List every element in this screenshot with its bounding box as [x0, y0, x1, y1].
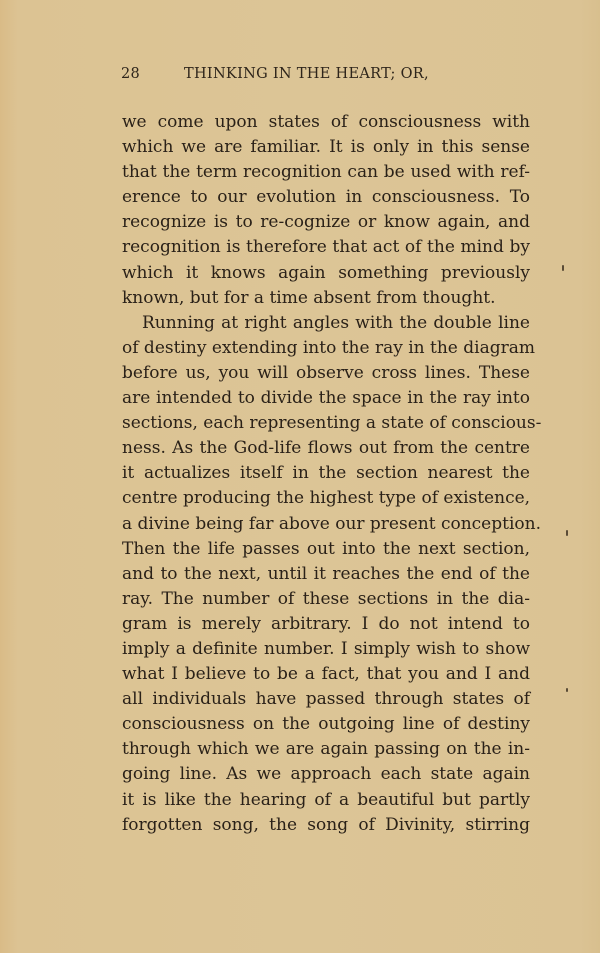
- text-line: going line. As we approach each state ag…: [122, 762, 530, 787]
- text-line: what I believe to be a fact, that you an…: [122, 662, 530, 687]
- running-head: 28 THINKING IN THE HEART; OR,: [121, 66, 551, 90]
- text-line: gram is merely arbitrary. I do not inten…: [122, 612, 530, 637]
- text-line: erence to our evolution in consciousness…: [122, 185, 530, 210]
- running-head-title: THINKING IN THE HEART; OR,: [184, 66, 429, 82]
- text-line: before us, you will observe cross lines.…: [122, 361, 530, 386]
- text-line: and to the next, until it reaches the en…: [122, 562, 530, 587]
- text-line: Then the life passes out into the next s…: [122, 537, 530, 562]
- text-line: all individuals have passed through stat…: [122, 687, 530, 712]
- text-line: which we are familiar. It is only in thi…: [122, 135, 530, 160]
- text-line: ray. The number of these sections in the…: [122, 587, 530, 612]
- page-number: 28: [121, 66, 140, 82]
- text-line: which it knows again something previousl…: [122, 261, 530, 286]
- text-line: it actualizes itself in the section near…: [122, 461, 530, 486]
- text-line: known, but for a time absent from though…: [122, 286, 530, 311]
- text-line: a divine being far above our present con…: [122, 512, 530, 537]
- text-line: recognize is to re-cognize or know again…: [122, 210, 530, 235]
- text-line: forgotten song, the song of Divinity, st…: [122, 813, 530, 838]
- ink-speck: [562, 265, 564, 271]
- text-line: through which we are again passing on th…: [122, 737, 530, 762]
- book-page: 28 THINKING IN THE HEART; OR, we come up…: [0, 0, 600, 953]
- ink-speck: [566, 530, 568, 536]
- paragraph-first-line: Running at right angles with the double …: [122, 311, 530, 336]
- text-line: of destiny extending into the ray in the…: [122, 336, 530, 361]
- text-line: we come upon states of consciousness wit…: [122, 110, 530, 135]
- body-text: we come upon states of consciousness wit…: [122, 110, 530, 838]
- text-line: that the term recognition can be used wi…: [122, 160, 530, 185]
- text-line: are intended to divide the space in the …: [122, 386, 530, 411]
- text-line: consciousness on the outgoing line of de…: [122, 712, 530, 737]
- text-line: ness. As the God-life flows out from the…: [122, 436, 530, 461]
- text-line: imply a definite number. I simply wish t…: [122, 637, 530, 662]
- ink-speck: [566, 688, 568, 692]
- text-line: it is like the hearing of a beautiful bu…: [122, 788, 530, 813]
- text-line: centre producing the highest type of exi…: [122, 486, 530, 511]
- text-line: sections, each representing a state of c…: [122, 411, 530, 436]
- text-line: recognition is therefore that act of the…: [122, 235, 530, 260]
